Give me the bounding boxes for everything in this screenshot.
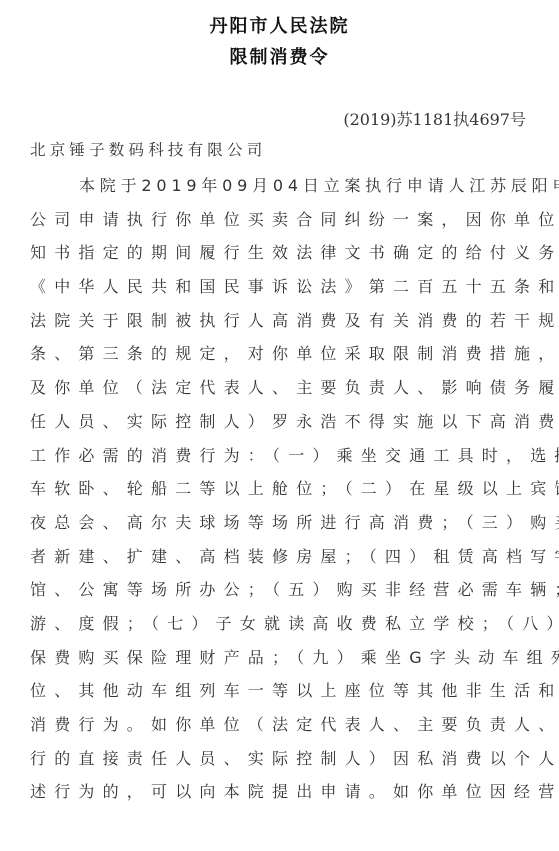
body-line: 述行为的，可以向本院提出申请。如你单位因经营必需而进行 — [30, 778, 526, 812]
court-name: 丹阳市人民法院 — [0, 12, 559, 38]
body-line: 任人员、实际控制人）罗永浩不得实施以下高消费及非生活和 — [30, 408, 526, 442]
body-line: 消费行为。如你单位（法定代表人、主要负责人、影响债务履 — [30, 711, 526, 745]
body-line: 行的直接责任人员、实际控制人）因私消费以个人财产实施前 — [30, 745, 526, 779]
body-line: 知书指定的期间履行生效法律文书确定的给付义务，本院依照 — [30, 239, 526, 273]
body-line: 者新建、扩建、高档装修房屋；（四）租赁高档写字楼、宾 — [30, 543, 526, 577]
document-title: 限制消费令 — [0, 43, 559, 69]
body-line: 馆、公寓等场所办公；（五）购买非经营必需车辆；（六）旅 — [30, 576, 526, 610]
addressee: 北京锤子数码科技有限公司 — [30, 138, 266, 160]
body-line: 工作必需的消费行为：（一）乘坐交通工具时，选择飞机、列 — [30, 442, 526, 476]
body-line: 保费购买保险理财产品；（九）乘坐G字头动车组列车全部座 — [30, 644, 526, 678]
body-line: 本院于2019年09月04日立案执行申请人江苏辰阳电子有限 — [30, 172, 526, 206]
body-text: 本院于2019年09月04日立案执行申请人江苏辰阳电子有限 公司申请执行你单位买… — [30, 172, 526, 812]
body-line: 公司申请执行你单位买卖合同纠纷一案，因你单位未按执行通 — [30, 206, 526, 240]
body-line: 《中华人民共和国民事诉讼法》第二百五十五条和《最高人民 — [30, 273, 526, 307]
body-line: 法院关于限制被执行人高消费及有关消费的若干规定》第一 — [30, 307, 526, 341]
case-number: (2019)苏1181执4697号 — [343, 107, 526, 130]
body-line: 及你单位（法定代表人、主要负责人、影响债务履行的直接责 — [30, 374, 526, 408]
body-line: 条、第三条的规定，对你单位采取限制消费措施，限制你单位 — [30, 340, 526, 374]
body-line: 夜总会、高尔夫球场等场所进行高消费；（三）购买不动产或 — [30, 509, 526, 543]
body-line: 车软卧、轮船二等以上舱位；（二）在星级以上宾馆、酒店、 — [30, 475, 526, 509]
body-line: 位、其他动车组列车一等以上座位等其他非生活和工作必需的 — [30, 677, 526, 711]
body-line: 游、度假；（七）子女就读高收费私立学校；（八）支付高额 — [30, 610, 526, 644]
